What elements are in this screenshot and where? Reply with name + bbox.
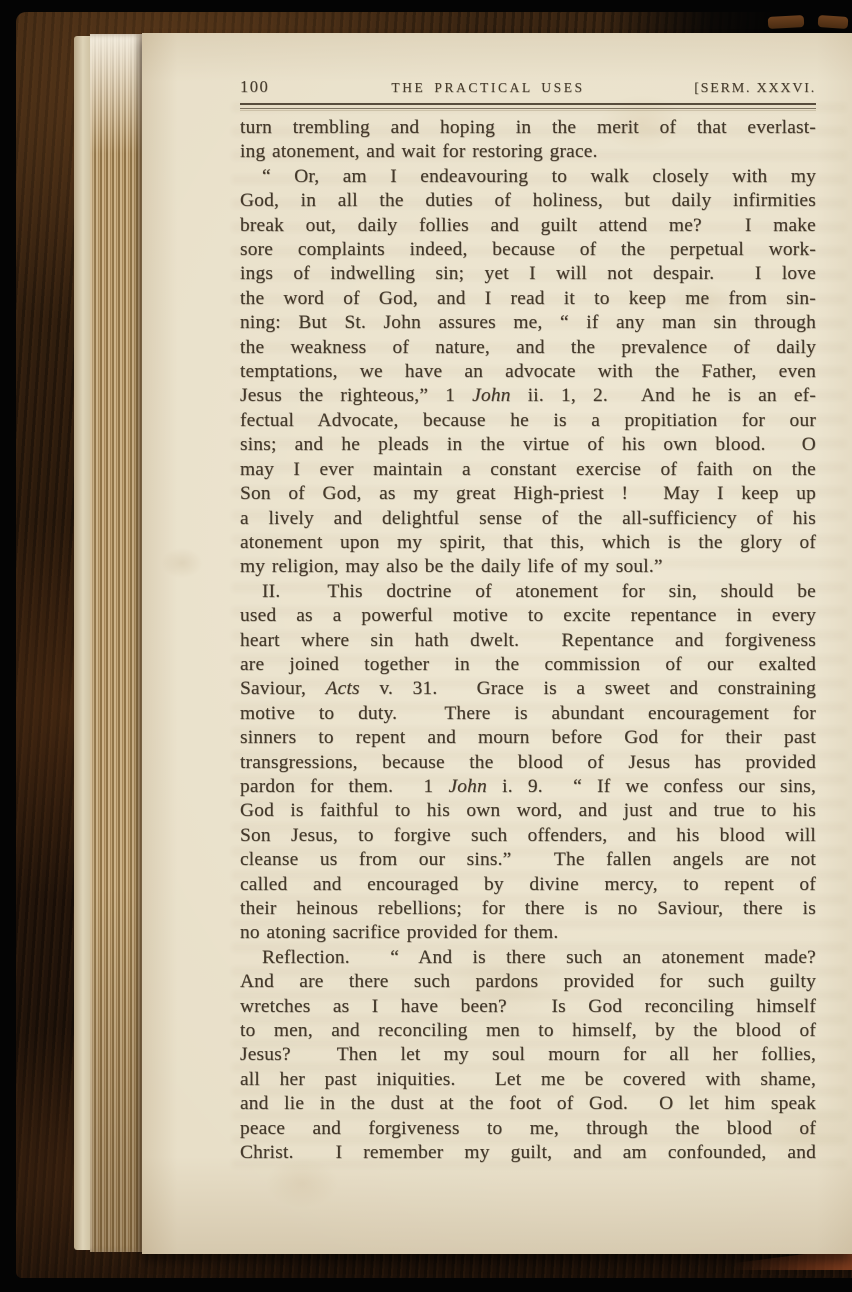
- text-line: all her past iniquities. Let me be cover…: [240, 1068, 816, 1092]
- text-line: fectual Advocate, because he is a propit…: [240, 409, 816, 433]
- page-header: 100 THE PRACTICAL USES [SERM. XXXVI.: [240, 77, 816, 99]
- text-line: to men, and reconciling men to himself, …: [240, 1019, 816, 1043]
- text-line: wretches as I have been? Is God reconcil…: [240, 995, 816, 1019]
- text-line: the word of God, and I read it to keep m…: [240, 287, 816, 311]
- header-double-rule: [240, 103, 816, 109]
- text-line: no atoning sacrifice provided for them.: [240, 921, 816, 945]
- text-line: ings of indwelling sin; yet I will not d…: [240, 262, 816, 286]
- text-line: Saviour, Acts v. 31. Grace is a sweet an…: [240, 677, 816, 701]
- text-line: And are there such pardons provided for …: [240, 970, 816, 994]
- text-line: heart where sin hath dwelt. Repentance a…: [240, 629, 816, 653]
- text-line: are joined together in the commission of…: [240, 653, 816, 677]
- text-line: Son of God, as my great High-priest ! Ma…: [240, 482, 816, 506]
- text-line: a lively and delightful sense of the all…: [240, 507, 816, 531]
- text-line: pardon for them. 1 John i. 9. “ If we co…: [240, 775, 816, 799]
- page-block-fore-edge: [90, 34, 142, 1252]
- text-line: called and encouraged by divine mercy, t…: [240, 873, 816, 897]
- book-page: 100 THE PRACTICAL USES [SERM. XXXVI. tur…: [142, 33, 852, 1254]
- text-line: ning: But St. John assures me, “ if any …: [240, 311, 816, 335]
- text-line: II. This doctrine of atonement for sin, …: [240, 580, 816, 604]
- text-line: cleanse us from our sins.” The fallen an…: [240, 848, 816, 872]
- text-line: God is faithful to his own word, and jus…: [240, 799, 816, 823]
- text-line: Son Jesus, to forgive such offenders, an…: [240, 824, 816, 848]
- section-label: [SERM. XXXVI.: [694, 81, 816, 97]
- text-line: sinners to repent and mourn before God f…: [240, 726, 816, 750]
- flyleaf-edge: [74, 36, 90, 1250]
- headband-fragment: [818, 15, 849, 29]
- running-title: THE PRACTICAL USES: [391, 80, 584, 96]
- text-line: Jesus the righteous,” 1 John ii. 1, 2. A…: [240, 384, 816, 408]
- text-line: sore complaints indeed, because of the p…: [240, 238, 816, 262]
- text-line: my religion, may also be the daily life …: [240, 555, 816, 579]
- text-line: Jesus? Then let my soul mourn for all he…: [240, 1043, 816, 1067]
- text-line: and lie in the dust at the foot of God. …: [240, 1092, 816, 1116]
- page-number: 100: [240, 77, 269, 97]
- printed-text-block: 100 THE PRACTICAL USES [SERM. XXXVI. tur…: [240, 77, 816, 1165]
- text-line: God, in all the duties of holiness, but …: [240, 189, 816, 213]
- text-line: sins; and he pleads in the virtue of his…: [240, 433, 816, 457]
- text-line: Reflection. “ And is there such an atone…: [240, 946, 816, 970]
- text-line: Christ. I remember my guilt, and am conf…: [240, 1141, 816, 1165]
- text-line: break out, daily follies and guilt atten…: [240, 214, 816, 238]
- text-line: peace and forgiveness to me, through the…: [240, 1117, 816, 1141]
- headband-fragment: [768, 15, 805, 29]
- text-line: turn trembling and hoping in the merit o…: [240, 116, 816, 140]
- text-line: atonement upon my spirit, that this, whi…: [240, 531, 816, 555]
- text-line: the weakness of nature, and the prevalen…: [240, 336, 816, 360]
- text-line: “ Or, am I endeavouring to walk closely …: [240, 165, 816, 189]
- text-line: their heinous rebellions; for there is n…: [240, 897, 816, 921]
- text-line: transgressions, because the blood of Jes…: [240, 751, 816, 775]
- text-line: may I ever maintain a constant exercise …: [240, 458, 816, 482]
- text-line: motive to duty. There is abundant encour…: [240, 702, 816, 726]
- body-text: turn trembling and hoping in the merit o…: [240, 116, 816, 1165]
- text-line: temptations, we have an advocate with th…: [240, 360, 816, 384]
- text-line: ing atonement, and wait for restoring gr…: [240, 140, 816, 164]
- text-line: used as a powerful motive to excite repe…: [240, 604, 816, 628]
